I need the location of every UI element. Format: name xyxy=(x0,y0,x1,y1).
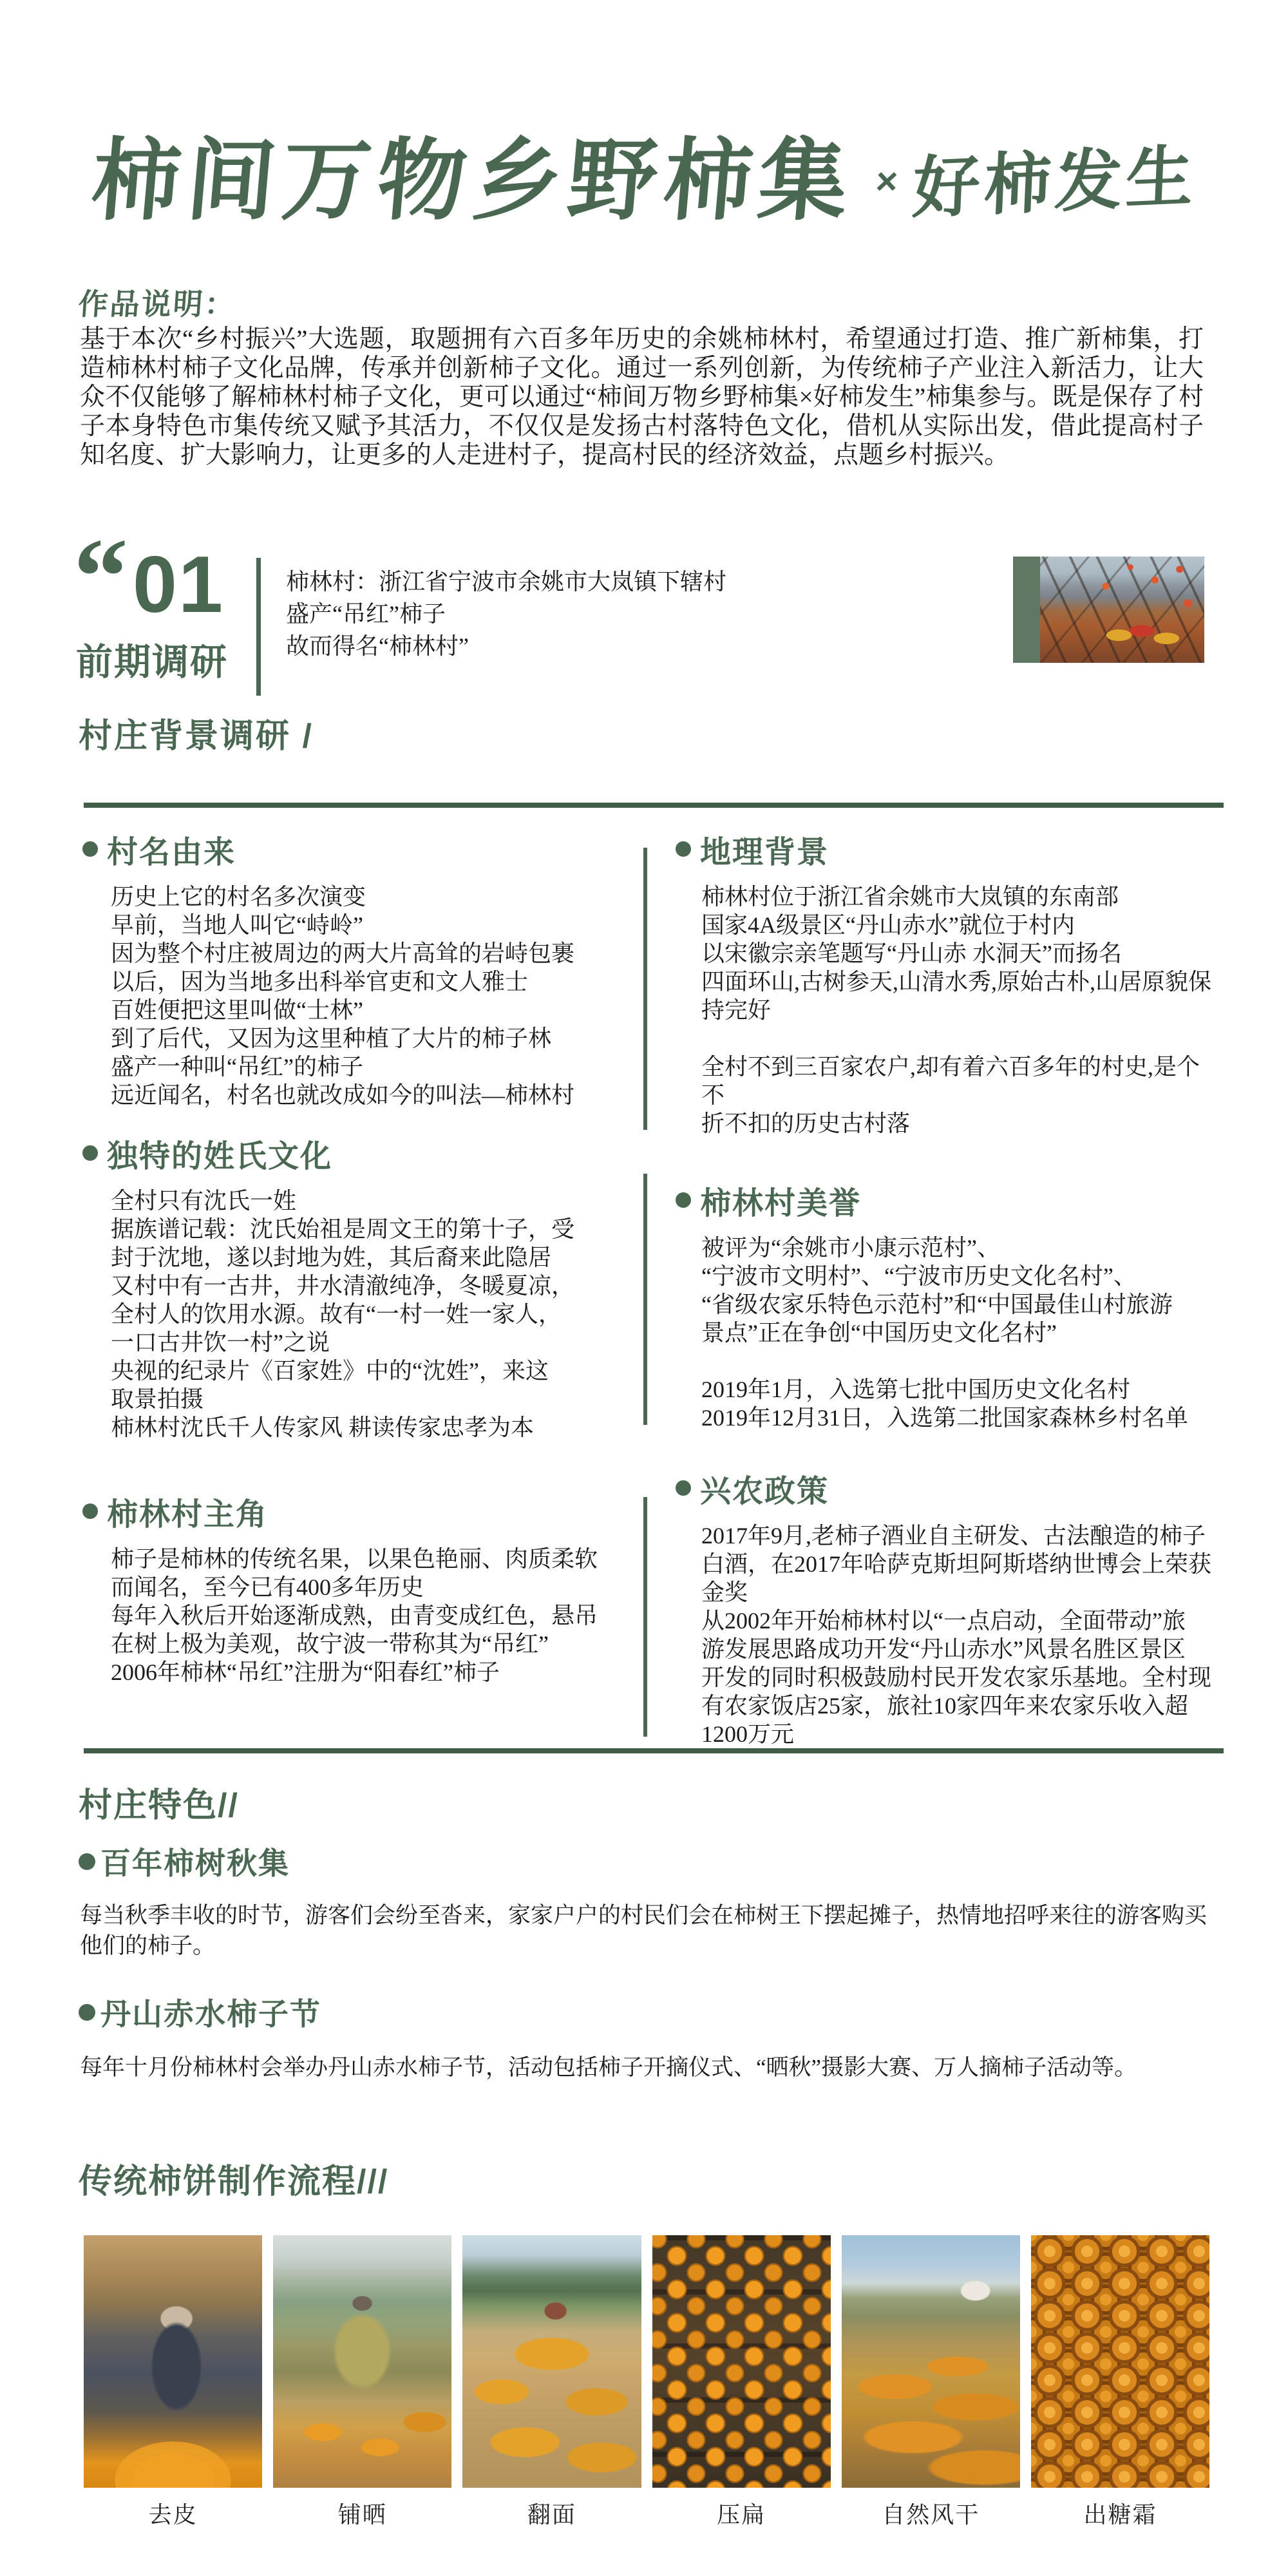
process-caption: 翻面 xyxy=(462,2497,641,2530)
process-heading: 传统柿饼制作流程/// xyxy=(79,2154,388,2202)
block-body: 2017年9月,老柿子酒业自主研发、古法酿造的柿子 白酒，在2017年哈萨克斯坦… xyxy=(701,1522,1220,1748)
title-sub: 好柿发生 xyxy=(911,122,1199,231)
feature-title: 丹山赤水柿子节 xyxy=(100,1990,321,2034)
process-photo-air-drying xyxy=(842,2235,1020,2488)
bullet-icon xyxy=(79,1853,95,1870)
horizontal-rule-top xyxy=(84,803,1224,808)
title-main: 柿间万物乡野柿集 xyxy=(87,133,858,231)
multiply-sign-icon: × xyxy=(874,160,900,203)
feature-autumn-market-body: 每当秋季丰收的时节，游客们会纷至沓来，家家户户的村民们会在柿树王下摆起摊子，热情… xyxy=(80,1900,1207,1961)
bullet-icon xyxy=(676,1480,691,1496)
feature-autumn-market-heading: 百年柿树秋集 xyxy=(79,1840,290,1883)
section-number: 01 xyxy=(133,545,224,625)
process-photo-spreading xyxy=(273,2235,451,2488)
process-caption: 压扁 xyxy=(652,2497,831,2530)
block-heading: 柿林村主角 xyxy=(82,1492,630,1531)
vertical-divider xyxy=(256,558,261,696)
bullet-icon xyxy=(79,2004,95,2021)
section-label: 前期调研 xyxy=(76,633,228,685)
block-title: 村名由来 xyxy=(107,827,236,872)
block-body: 被评为“余姚市小康示范村”、 “宁波市文明村”、“宁波市历史文化名村”、 “省级… xyxy=(701,1234,1220,1432)
block-body: 柿子是柿林的传统名果，以果色艳丽、肉质柔软 而闻名，至今已有400多年历史 每年… xyxy=(111,1545,630,1686)
block-heading: 独特的姓氏文化 xyxy=(82,1134,630,1172)
bullet-icon xyxy=(676,841,691,857)
process-photo-flattening xyxy=(652,2235,831,2488)
block-body: 柿林村位于浙江省余姚市大岚镇的东南部 国家4A级景区“丹山赤水”就位于村内 以宋… xyxy=(701,883,1220,1138)
block-body: 历史上它的村名多次演变 早前，当地人叫它“峙岭” 因为整个村庄被周边的两大片高耸… xyxy=(111,883,630,1109)
process-photo-peeling xyxy=(84,2235,262,2488)
block-heading: 兴农政策 xyxy=(676,1469,1220,1507)
column-divider-2 xyxy=(643,1174,647,1425)
village-intro-text: 柿林村：浙江省宁波市余姚市大岚镇下辖村 盛产“吊红”柿子 故而得名“柿林村” xyxy=(286,566,726,662)
block-geography: 地理背景 柿林村位于浙江省余姚市大岚镇的东南部 国家4A级景区“丹山赤水”就位于… xyxy=(676,830,1220,1138)
block-title: 独特的姓氏文化 xyxy=(107,1131,332,1176)
block-heading: 柿林村美誉 xyxy=(676,1181,1220,1219)
village-photo xyxy=(1013,557,1204,663)
block-agriculture-policy: 兴农政策 2017年9月,老柿子酒业自主研发、古法酿造的柿子 白酒，在2017年… xyxy=(676,1469,1220,1748)
bullet-icon xyxy=(82,1503,98,1519)
block-village-name-origin: 村名由来 历史上它的村名多次演变 早前，当地人叫它“峙岭” 因为整个村庄被周边的… xyxy=(82,830,630,1109)
background-research-heading: 村庄背景调研 / xyxy=(79,709,314,757)
description-heading: 作品说明： xyxy=(77,281,238,323)
village-features-heading: 村庄特色// xyxy=(79,1778,239,1826)
block-village-star: 柿林村主角 柿子是柿林的传统名果，以果色艳丽、肉质柔软 而闻名，至今已有400多… xyxy=(82,1492,630,1686)
block-title: 柿林村美誉 xyxy=(700,1178,861,1223)
feature-persimmon-festival-heading: 丹山赤水柿子节 xyxy=(79,1990,321,2034)
process-photo-row xyxy=(84,2235,1209,2488)
block-title: 柿林村主角 xyxy=(107,1489,268,1534)
process-photo-sugar-frost xyxy=(1031,2235,1209,2488)
block-body: 全村只有沈氏一姓 据族谱记载：沈氏始祖是周文王的第十子，受 封于沈地，遂以封地为… xyxy=(111,1187,630,1442)
block-title: 兴农政策 xyxy=(700,1466,829,1511)
process-caption-row: 去皮 铺晒 翻面 压扁 自然风干 出糖霜 xyxy=(84,2497,1209,2530)
bullet-icon xyxy=(82,841,98,857)
process-caption: 自然风干 xyxy=(842,2497,1020,2530)
quote-mark-icon: “ xyxy=(73,522,128,631)
bullet-icon xyxy=(82,1145,98,1161)
block-surname-culture: 独特的姓氏文化 全村只有沈氏一姓 据族谱记载：沈氏始祖是周文王的第十子，受 封于… xyxy=(82,1134,630,1442)
column-divider-1 xyxy=(643,848,647,1130)
feature-persimmon-festival-body: 每年十月份柿林村会举办丹山赤水柿子节，活动包括柿子开摘仪式、“晒秋”摄影大赛、万… xyxy=(80,2052,1207,2083)
village-photo-image xyxy=(1040,557,1204,663)
feature-title: 百年柿树秋集 xyxy=(100,1840,290,1883)
process-photo-flipping xyxy=(462,2235,641,2488)
process-caption: 去皮 xyxy=(84,2497,262,2530)
process-caption: 出糖霜 xyxy=(1031,2497,1209,2530)
page-title: 柿间万物乡野柿集 × 好柿发生 xyxy=(0,133,1288,231)
block-title: 地理背景 xyxy=(700,827,829,872)
poster-page: 柿间万物乡野柿集 × 好柿发生 作品说明： 基于本次“乡村振兴”大选题，取题拥有… xyxy=(0,0,1288,2576)
horizontal-rule-bottom xyxy=(84,1748,1224,1753)
photo-green-strip xyxy=(1013,557,1040,663)
block-heading: 村名由来 xyxy=(82,830,630,868)
process-caption: 铺晒 xyxy=(273,2497,451,2530)
block-heading: 地理背景 xyxy=(676,830,1220,868)
bullet-icon xyxy=(676,1192,691,1208)
block-village-honors: 柿林村美誉 被评为“余姚市小康示范村”、 “宁波市文明村”、“宁波市历史文化名村… xyxy=(676,1181,1220,1432)
column-divider-3 xyxy=(643,1497,647,1737)
description-body: 基于本次“乡村振兴”大选题，取题拥有六百多年历史的余姚柿林村，希望通过打造、推广… xyxy=(80,325,1204,470)
